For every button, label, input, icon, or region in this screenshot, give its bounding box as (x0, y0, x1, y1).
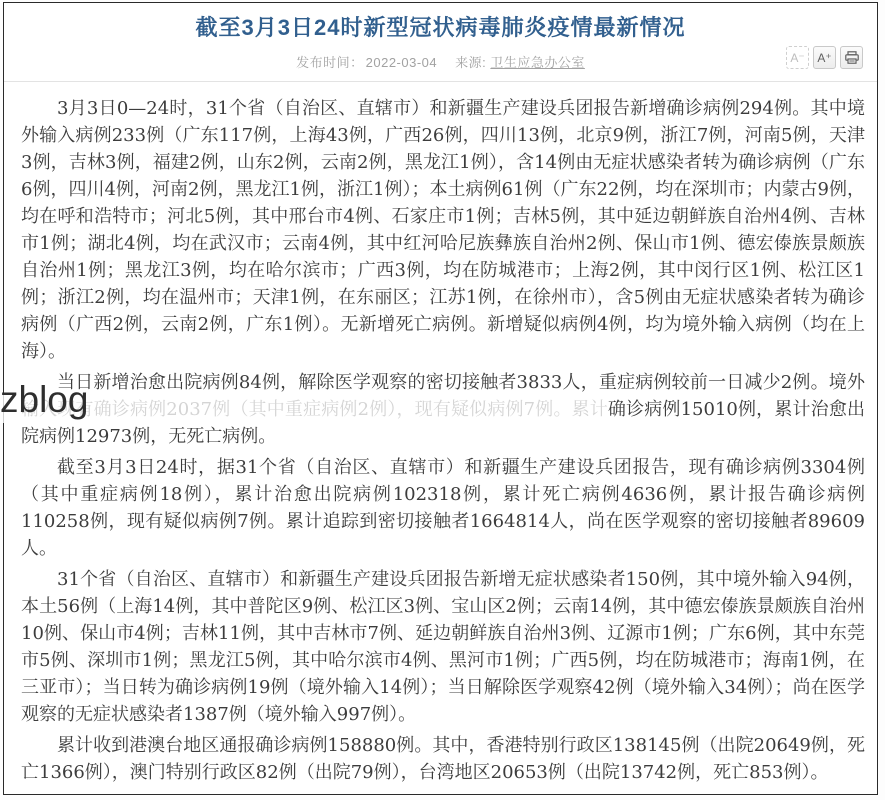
article-meta: 发布时间：2022-03-04来源: 卫生应急办公室 (4, 52, 877, 71)
paragraph-asymptomatic-cases: 31个省（自治区、直辖市）和新疆生产建设兵团报告新增无症状感染者150例，其中境… (21, 566, 865, 728)
page-viewport: 截至3月3日24时新型冠状病毒肺炎疫情最新情况 发布时间：2022-03-04来… (0, 0, 885, 800)
font-decrease-button[interactable]: A⁻ (786, 46, 809, 69)
font-increase-button[interactable]: A⁺ (813, 46, 836, 69)
print-button[interactable] (840, 46, 863, 69)
publish-time-value: 2022-03-04 (366, 55, 438, 70)
article-page-card: 截至3月3日24时新型冠状病毒肺炎疫情最新情况 发布时间：2022-03-04来… (3, 2, 878, 795)
source-link[interactable]: 卫生应急办公室 (490, 55, 585, 70)
font-print-toolbar: A⁻ A⁺ (786, 46, 863, 69)
publish-time-label: 发布时间： (296, 55, 364, 70)
paragraph-cumulative-totals: 截至3月3日24时，据31个省（自治区、直辖市）和新疆生产建设兵团报告，现有确诊… (21, 454, 865, 562)
paragraph-new-confirmed-cases: 3月3日0—24时，31个省（自治区、直辖市）和新疆生产建设兵团报告新增确诊病例… (21, 95, 865, 365)
article-header: 截至3月3日24时新型冠状病毒肺炎疫情最新情况 发布时间：2022-03-04来… (4, 3, 877, 82)
source-label: 来源: (455, 55, 486, 70)
article-body: 3月3日0—24时，31个省（自治区、直辖市）和新疆生产建设兵团报告新增确诊病例… (4, 82, 877, 786)
page-title: 截至3月3日24时新型冠状病毒肺炎疫情最新情况 (4, 3, 877, 42)
paragraph-recovered-discharged: 当日新增治愈出院病例84例，解除医学观察的密切接触者3833人，重症病例较前一日… (21, 369, 865, 450)
printer-icon (845, 51, 859, 64)
paragraph-hk-macao-taiwan: 累计收到港澳台地区通报确诊病例158880例。其中，香港特别行政区138145例… (21, 732, 865, 786)
